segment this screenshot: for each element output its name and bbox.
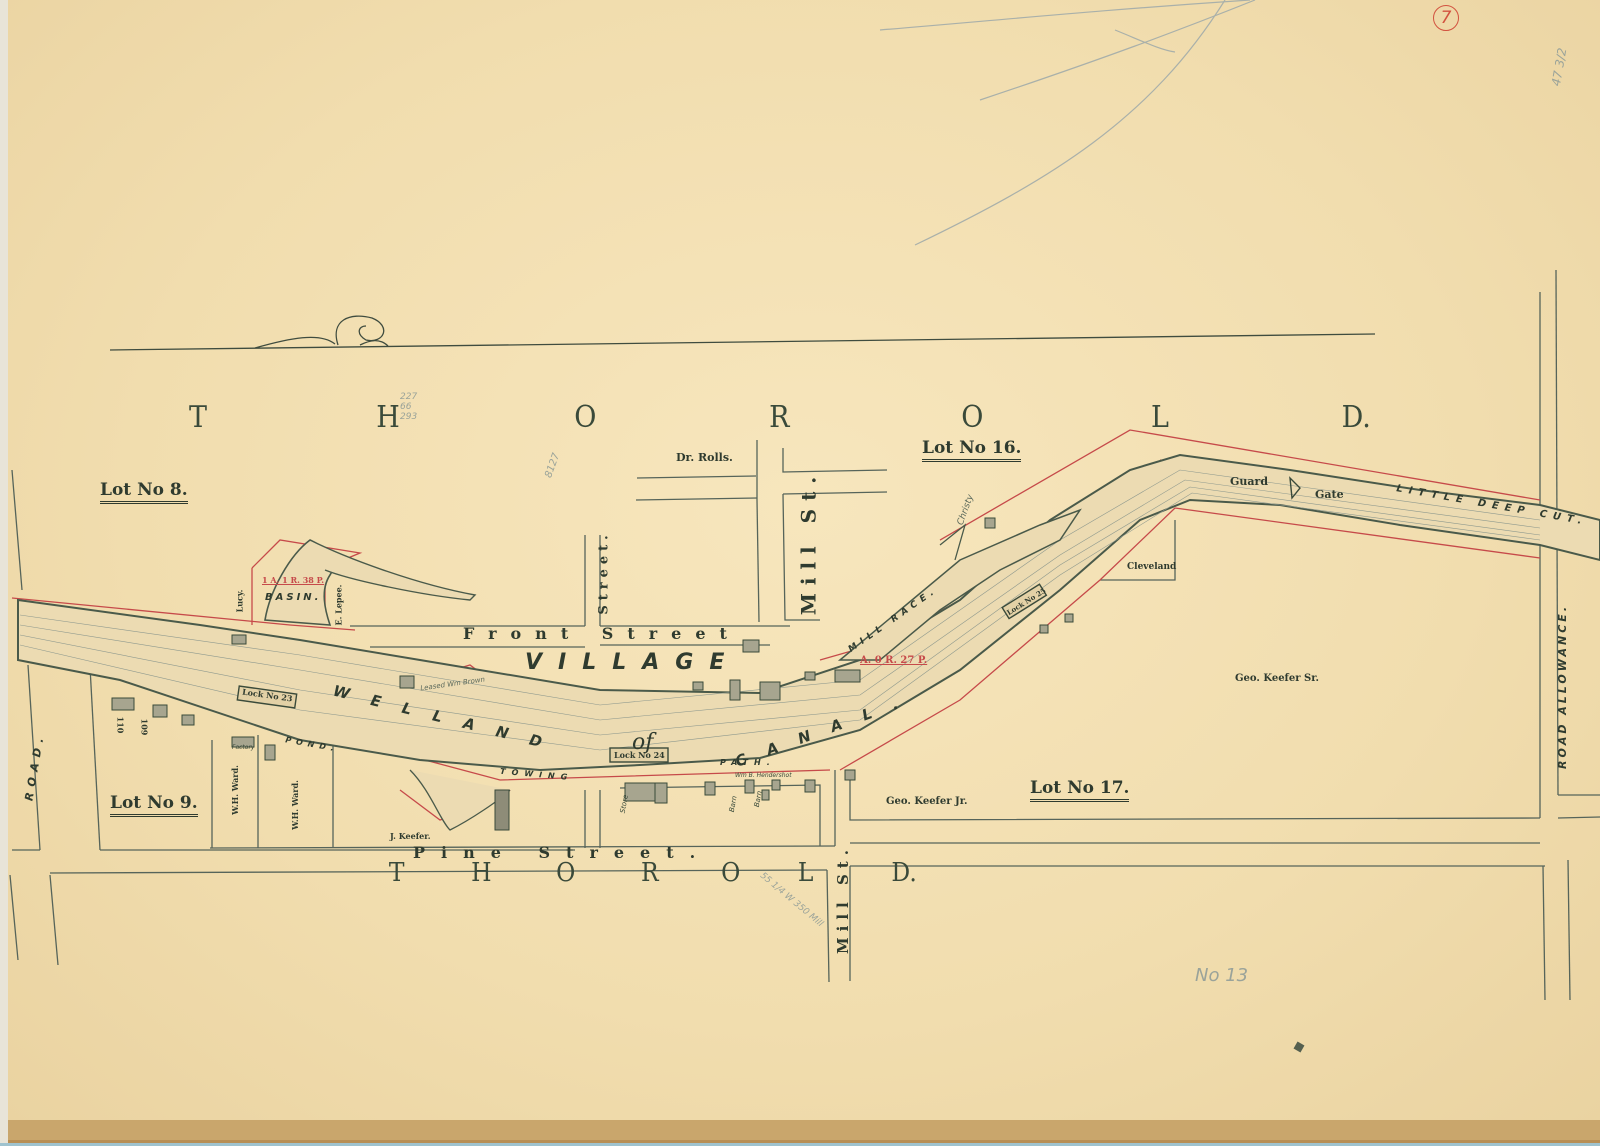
flourish-ornament [110, 316, 1375, 350]
lot-109-label: 109 [139, 719, 149, 736]
township-letter-bottom: T [389, 858, 405, 888]
township-letter-top: R [769, 400, 789, 435]
lot-9-label: Lot No 9. [110, 793, 198, 817]
mill-street-upper-label: Mill St. [796, 469, 820, 616]
j-keefer-label: J. Keefer. [390, 831, 431, 841]
mill-street-lower-label: Mill St. [834, 844, 852, 954]
geo-keefer-jr-label: Geo. Keefer Jr. [886, 796, 968, 807]
pencil-lines [880, 0, 1255, 245]
lot-8-label: Lot No 8. [100, 480, 188, 504]
village-label: VILLAGE [525, 650, 740, 675]
pine-street-label: Pine Street. [413, 843, 711, 862]
township-letter-top: O [574, 400, 596, 435]
township-letter-top: T [189, 400, 207, 435]
township-letter-top: H [376, 400, 400, 435]
guard-label: Guard [1230, 475, 1268, 488]
lock-24-label: Lock No 24 [614, 750, 665, 760]
pencil-note-center-top: 227 66 293 [400, 392, 420, 422]
gate-label: Gate [1315, 488, 1344, 501]
township-letter-top: O [961, 400, 983, 435]
township-letter-bottom: H [471, 858, 491, 888]
lot-17-label: Lot No 17. [1030, 778, 1129, 802]
township-letter-bottom: O [721, 858, 740, 888]
township-letter-bottom: D. [891, 858, 916, 888]
factory-label: Factory [232, 744, 254, 751]
basin-label: BASIN. [265, 592, 321, 603]
lot-110-label: 110 [115, 717, 125, 734]
township-letter-bottom: R [641, 858, 659, 888]
basin-area-label: 1 A. 1 R. 38 P. [262, 575, 324, 585]
dr-rolls-label: Dr. Rolls. [676, 451, 733, 464]
wh-ward-label: W.H. Ward. [230, 765, 240, 815]
township-letter-top: D. [1342, 400, 1371, 435]
lot-16-label: Lot No 16. [922, 438, 1021, 462]
street-vertical-label: Street. [597, 530, 612, 614]
mill-area-label: A. 0 R. 27 P. [860, 655, 927, 666]
wh-ward-label: W.H. Ward. [290, 780, 300, 830]
lucy-label: Lucy. [234, 590, 244, 613]
township-letter-bottom: O [556, 858, 575, 888]
e-lepee-label: E. Lepee. [333, 585, 343, 626]
hendershot-label: Wm B. Hendershot [735, 772, 792, 779]
township-letter-bottom: L [798, 858, 814, 888]
geo-keefer-sr-label: Geo. Keefer Sr. [1235, 673, 1319, 684]
cleveland-label: Cleveland [1127, 562, 1176, 572]
path-label: PATH. [720, 758, 776, 767]
sheet-number-badge: 7 [1433, 5, 1459, 31]
pencil-note-bottom: No 13 [1195, 965, 1248, 986]
road-allowance-label: ROAD ALLOWANCE. [1556, 604, 1569, 769]
front-street-label: Front Street [463, 624, 741, 643]
township-letter-top: L [1151, 400, 1169, 435]
